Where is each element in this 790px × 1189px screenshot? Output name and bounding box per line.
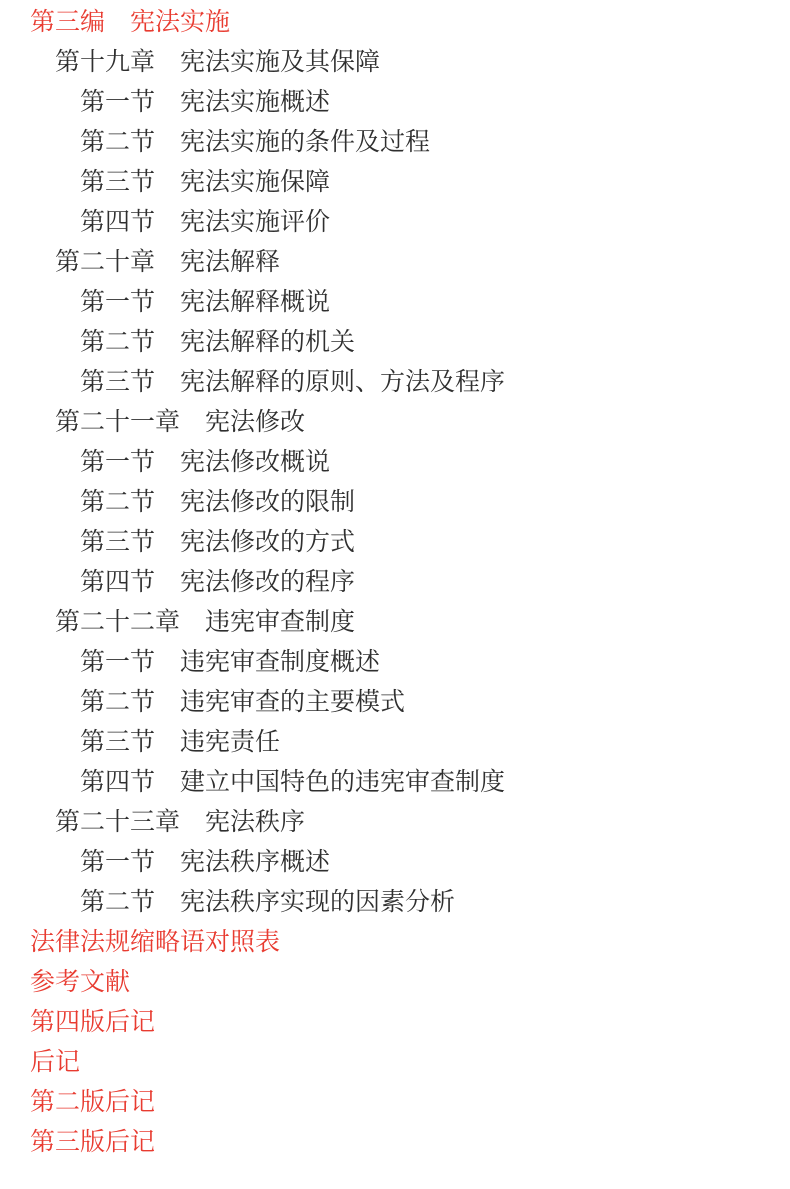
toc-list: 第三编 宪法实施第十九章 宪法实施及其保障第一节 宪法实施概述第二节 宪法实施的… — [0, 0, 790, 1162]
toc-entry-section[interactable]: 第三节 违宪责任 — [0, 722, 790, 762]
toc-entry-section[interactable]: 第二节 违宪审查的主要模式 — [0, 682, 790, 722]
toc-entry-back-matter[interactable]: 参考文献 — [0, 962, 790, 1002]
toc-entry-section[interactable]: 第一节 宪法解释概说 — [0, 282, 790, 322]
toc-entry-chapter[interactable]: 第二十一章 宪法修改 — [0, 402, 790, 442]
toc-entry-section[interactable]: 第二节 宪法修改的限制 — [0, 482, 790, 522]
toc-entry-section[interactable]: 第一节 宪法修改概说 — [0, 442, 790, 482]
toc-entry-section[interactable]: 第三节 宪法实施保障 — [0, 162, 790, 202]
toc-entry-chapter[interactable]: 第二十二章 违宪审查制度 — [0, 602, 790, 642]
toc-entry-section[interactable]: 第四节 宪法实施评价 — [0, 202, 790, 242]
toc-entry-section[interactable]: 第二节 宪法实施的条件及过程 — [0, 122, 790, 162]
toc-entry-section[interactable]: 第四节 建立中国特色的违宪审查制度 — [0, 762, 790, 802]
toc-entry-section[interactable]: 第二节 宪法秩序实现的因素分析 — [0, 882, 790, 922]
toc-entry-back-matter[interactable]: 第四版后记 — [0, 1002, 790, 1042]
toc-entry-chapter[interactable]: 第二十三章 宪法秩序 — [0, 802, 790, 842]
toc-entry-section[interactable]: 第二节 宪法解释的机关 — [0, 322, 790, 362]
toc-entry-section[interactable]: 第一节 宪法秩序概述 — [0, 842, 790, 882]
toc-entry-section[interactable]: 第四节 宪法修改的程序 — [0, 562, 790, 602]
toc-entry-section[interactable]: 第一节 违宪审查制度概述 — [0, 642, 790, 682]
toc-entry-section[interactable]: 第三节 宪法修改的方式 — [0, 522, 790, 562]
toc-entry-chapter[interactable]: 第二十章 宪法解释 — [0, 242, 790, 282]
toc-entry-back-matter[interactable]: 法律法规缩略语对照表 — [0, 922, 790, 962]
toc-entry-chapter[interactable]: 第十九章 宪法实施及其保障 — [0, 42, 790, 82]
toc-entry-back-matter[interactable]: 第三版后记 — [0, 1122, 790, 1162]
toc-entry-back-matter[interactable]: 第二版后记 — [0, 1082, 790, 1122]
toc-entry-back-matter[interactable]: 后记 — [0, 1042, 790, 1082]
toc-entry-section[interactable]: 第一节 宪法实施概述 — [0, 82, 790, 122]
toc-entry-section[interactable]: 第三节 宪法解释的原则、方法及程序 — [0, 362, 790, 402]
toc-entry-part[interactable]: 第三编 宪法实施 — [0, 2, 790, 42]
